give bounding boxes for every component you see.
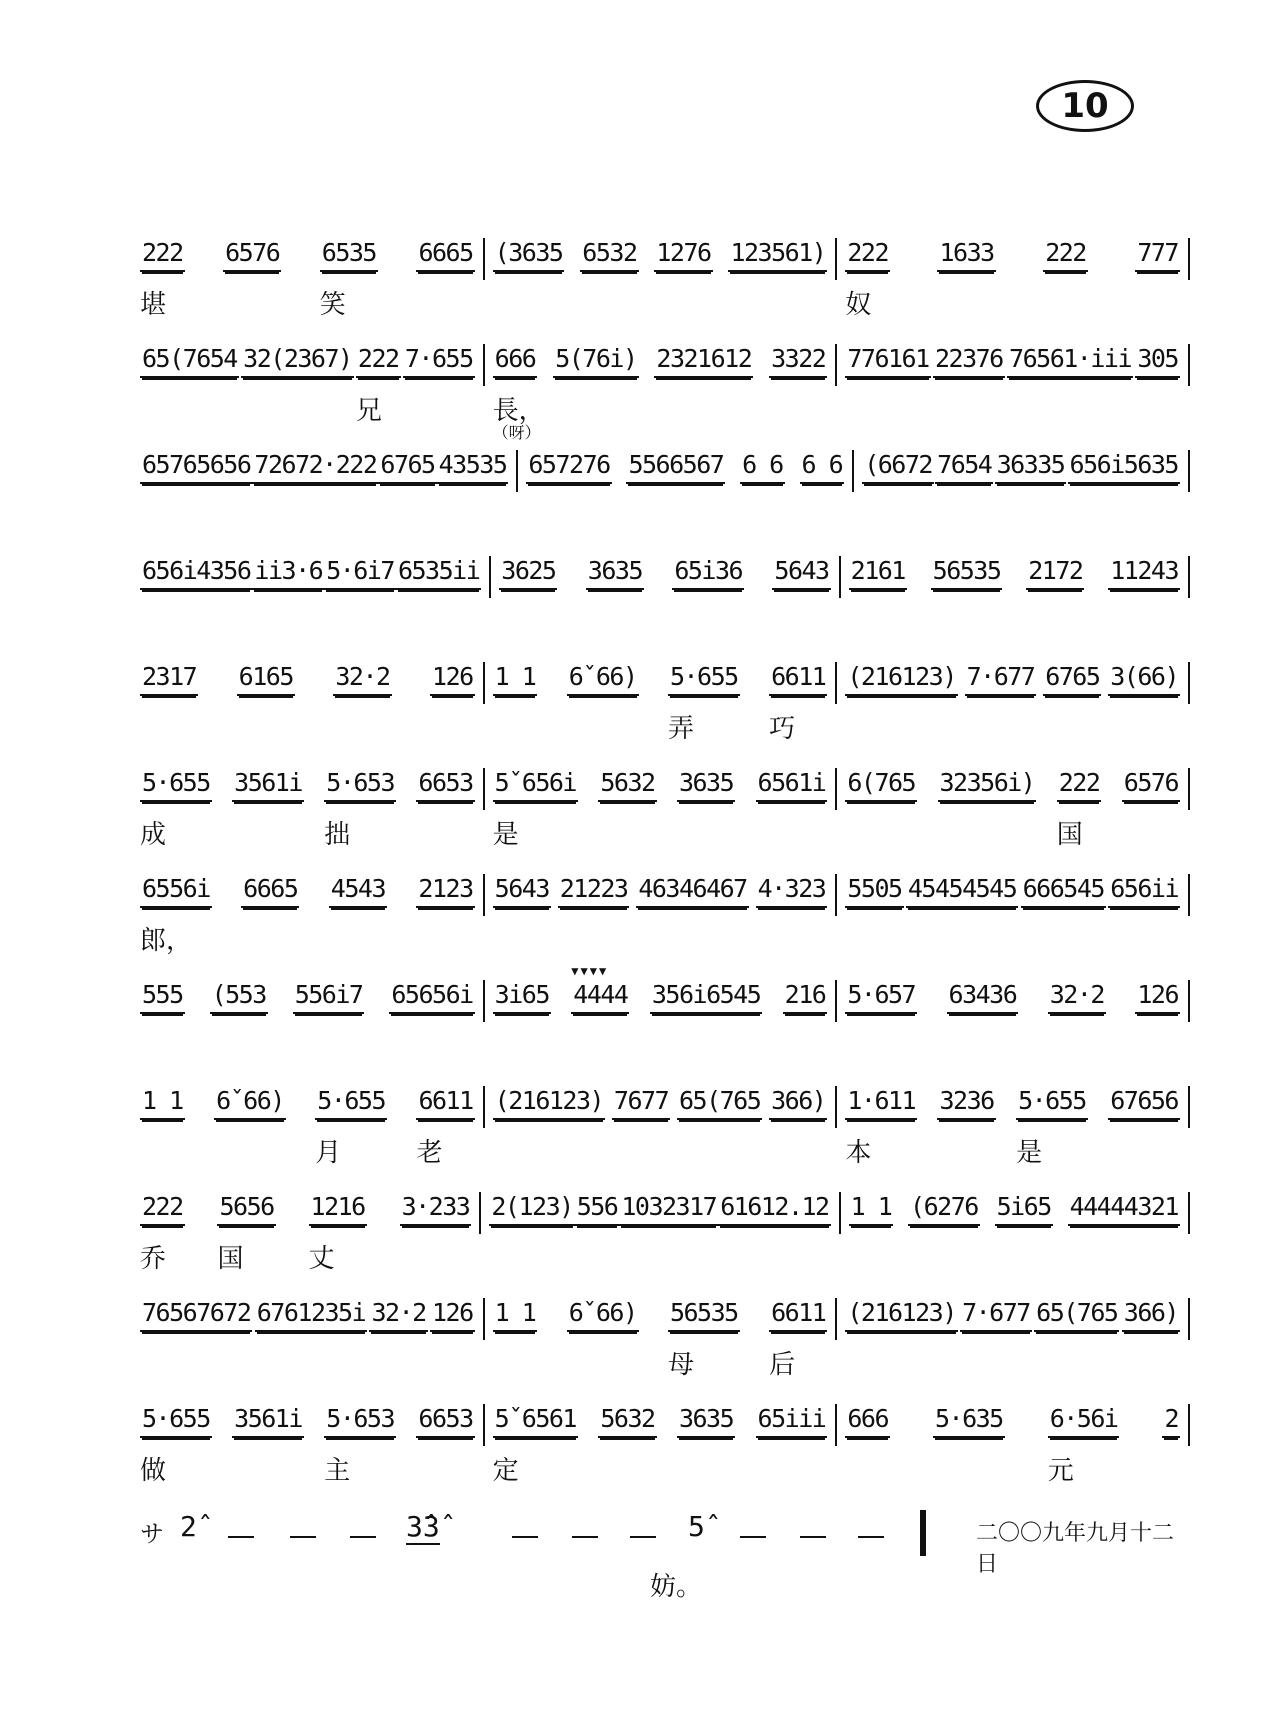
beat-group: 6 6 (800, 450, 845, 484)
lyric-char: 国 (1057, 814, 1083, 851)
beat-group: 222 (140, 1192, 185, 1226)
beat-group: 45454545 (906, 874, 1018, 908)
beat-group: 4444 (571, 980, 629, 1014)
measure: 1 16ˇ66)5·6556611 (140, 1086, 485, 1128)
score-line: 6576565672672·22267654353565727655665676… (140, 450, 1190, 556)
beat-group: 3635 (586, 556, 644, 590)
beat-group: 65iii (756, 1404, 828, 1438)
jianpu-score: 222657665356665(363565321276123561)22216… (140, 238, 1190, 1510)
lyrics-row: 郎， (140, 916, 1190, 956)
hold-dash (512, 1536, 538, 1538)
lyric-char: 丈 (309, 1238, 335, 1275)
beat-group: 2161 (849, 556, 907, 590)
beat-group: 222 (1057, 768, 1102, 802)
notes-row: 5·6553561i5·65366535ˇ656i563236356561i6(… (140, 768, 1190, 810)
notes-row: 6576565672672·22267654353565727655665676… (140, 450, 1190, 492)
lyrics-row (140, 1022, 1190, 1062)
measure: 222565612163·233 (140, 1192, 481, 1234)
beat-group: 6ˇ66) (567, 662, 639, 696)
beat-group: 2 (1162, 1404, 1180, 1438)
beat-group: 65(765 (1034, 1298, 1119, 1332)
lyrics-row: 做主定元 (140, 1446, 1190, 1486)
beat-group: 6532 (580, 238, 638, 272)
lyrics-row: 月老本是 (140, 1128, 1190, 1168)
measure: 6576565672672·222676543535 (140, 450, 518, 492)
beat-group: 5ˇ656i (493, 768, 578, 802)
beat-group: 21223 (558, 874, 630, 908)
final-note-1: 2̂ (180, 1510, 197, 1543)
beat-group: 366) (1122, 1298, 1180, 1332)
page-number-badge: 10 (1036, 80, 1134, 132)
beat-group: 3236 (937, 1086, 995, 1120)
beat-group: 32·2 (333, 662, 391, 696)
beat-group: 5656 (217, 1192, 275, 1226)
notes-row: 765676726761235i32·21261 16ˇ66)565356611… (140, 1298, 1190, 1340)
lyric-char: 奴 (845, 284, 871, 321)
beat-group: 4543 (329, 874, 387, 908)
beat-group: 222 (1043, 238, 1088, 272)
measure: 550545454545666545656ii (837, 874, 1190, 916)
date-signature: 二〇〇九年九月十二日 (976, 1516, 1190, 1578)
measure: 564321223463464674·323 (485, 874, 838, 916)
final-barline (920, 1510, 926, 1556)
beat-group: 556i7 (293, 980, 365, 1014)
score-line: 222565612163·2332(123)556103231761612.12… (140, 1192, 1190, 1298)
beat-group: 222 (845, 238, 890, 272)
score-line: 555(553556i765656i3i654444356i65452165·6… (140, 980, 1190, 1086)
beat-group: 65(7654 (140, 344, 239, 378)
lyric-char: 主 (324, 1450, 350, 1487)
beat-group: 216 (783, 980, 828, 1014)
measure: (216123)7·67765(765366) (837, 1298, 1190, 1340)
beat-group: 32·2 (1048, 980, 1106, 1014)
measure: 6665·6356·56i2 (837, 1404, 1190, 1446)
beat-group: 32356i) (938, 768, 1037, 802)
beat-group: 43535 (437, 450, 509, 484)
beat-group: 666545 (1021, 874, 1106, 908)
beat-group: 36335 (995, 450, 1067, 484)
lyric-char: 国 (217, 1238, 243, 1275)
lyrics-row: 堪笑奴 (140, 280, 1190, 320)
beat-group: 5·653 (324, 1404, 396, 1438)
lyric-char: 弄 (668, 708, 694, 745)
beat-group: 1216 (309, 1192, 367, 1226)
beat-group: 61612.12 (718, 1192, 830, 1226)
beat-group: 5632 (598, 768, 656, 802)
beat-group: 3i65 (493, 980, 551, 1014)
beat-group: 5·635 (933, 1404, 1005, 1438)
beat-group: 5·655 (1016, 1086, 1088, 1120)
notes-row: 656i4356ii3·65·6i76535ii3625363565i36564… (140, 556, 1190, 598)
beat-group: 5505 (845, 874, 903, 908)
measure: 65727655665676 66 6 (518, 450, 854, 492)
beat-group: 76561·iii (1007, 344, 1133, 378)
lyrics-row: 成拙是国 (140, 810, 1190, 850)
beat-group: 2317 (140, 662, 198, 696)
beat-group: 6561i (756, 768, 828, 802)
notes-row: 6556i666545432123564321223463464674·3235… (140, 874, 1190, 916)
notes-row: 222657665356665(363565321276123561)22216… (140, 238, 1190, 280)
beat-group: 67656 (1108, 1086, 1180, 1120)
beat-group: 63436 (947, 980, 1019, 1014)
beat-group: 556 (575, 1192, 620, 1226)
lyric-char: 定 (493, 1450, 519, 1487)
measure: 5·6553561i5·6536653 (140, 768, 485, 810)
measure: 5ˇ656i563236356561i (485, 768, 838, 810)
beat-group: 7·677 (960, 1298, 1032, 1332)
beat-group: ii3·6 (252, 556, 324, 590)
beat-group: 65i36 (672, 556, 744, 590)
measure: 5·6553561i5·6536653 (140, 1404, 485, 1446)
beat-group: 1276 (654, 238, 712, 272)
beat-group: 32·2 (369, 1298, 427, 1332)
beat-group: (216123) (845, 662, 957, 696)
notes-row: 555(553556i765656i3i654444356i65452165·6… (140, 980, 1190, 1022)
beat-group: 5632 (598, 1404, 656, 1438)
beat-group: 2172 (1026, 556, 1084, 590)
measure: 765676726761235i32·2126 (140, 1298, 485, 1340)
lyric-char: 后 (769, 1344, 795, 1381)
lyrics-row (140, 598, 1190, 638)
beat-group: 2123 (416, 874, 474, 908)
score-line: 1 16ˇ66)5·6556611(216123)767765(765366)1… (140, 1086, 1190, 1192)
beat-group: 2(123) (489, 1192, 574, 1226)
beat-group: 3322 (769, 344, 827, 378)
measure: 222657665356665 (140, 238, 485, 280)
notes-row: 65(765432(2367)2227·6556665(76i)23216123… (140, 344, 1190, 386)
beat-group: 46346467 (636, 874, 748, 908)
beat-group: 656i4356 (140, 556, 252, 590)
lyrics-row: 兄長，（呀） (140, 386, 1190, 426)
beat-group: 356i6545 (650, 980, 762, 1014)
beat-group: 5·655 (140, 1404, 212, 1438)
beat-group: 126 (1135, 980, 1180, 1014)
beat-group: 76567672 (140, 1298, 252, 1332)
beat-group: 6576 (223, 238, 281, 272)
beat-group: 7654 (935, 450, 993, 484)
measure: 555(553556i765656i (140, 980, 485, 1022)
beat-group: 7·677 (965, 662, 1037, 696)
measure: 6556i666545432123 (140, 874, 485, 916)
lyric-char: 是 (1016, 1132, 1042, 1169)
beat-group: 555 (140, 980, 185, 1014)
measure: 3i654444356i6545216 (485, 980, 838, 1022)
beat-group: 6ˇ66) (567, 1298, 639, 1332)
beat-group: 776161 (845, 344, 930, 378)
hold-dash (858, 1536, 884, 1538)
final-lyric: 妨。 (650, 1566, 702, 1603)
lyric-char: 成 (140, 814, 166, 851)
score-line: 6556i666545432123564321223463464674·3235… (140, 874, 1190, 980)
measure: 3625363565i365643 (491, 556, 840, 598)
measure: 1·61132365·65567656 (837, 1086, 1190, 1128)
lyric-char: 巧 (769, 708, 795, 745)
beat-group: 22376 (933, 344, 1005, 378)
beat-group: 222 (356, 344, 401, 378)
measure: 2(123)556103231761612.12 (481, 1192, 840, 1234)
beat-group: 6665 (416, 238, 474, 272)
beat-group: 6535 (320, 238, 378, 272)
notes-row: 5·6553561i5·65366535ˇ65615632363565iii66… (140, 1404, 1190, 1446)
beat-group: 5643 (772, 556, 830, 590)
measure: 1 16ˇ66)5·6556611 (485, 662, 838, 704)
beat-group: 366) (769, 1086, 827, 1120)
lyric-char: 堪 (140, 284, 166, 321)
beat-group: 6535ii (396, 556, 481, 590)
lyric-char: 兄 (356, 390, 382, 427)
beat-group: (6276 (908, 1192, 980, 1226)
score-line: 5·6553561i5·65366535ˇ65615632363565iii66… (140, 1404, 1190, 1510)
beat-group: (6672 (862, 450, 934, 484)
beat-group: 6761235i (255, 1298, 367, 1332)
lyric-char: 本 (845, 1132, 871, 1169)
beat-group: 1 1 (493, 1298, 538, 1332)
measure: 1 1(62765i6544444321 (841, 1192, 1190, 1234)
beat-group: 5·657 (845, 980, 917, 1014)
beat-group: 3625 (499, 556, 557, 590)
beat-group: 6653 (416, 768, 474, 802)
lyric-char: 是 (493, 814, 519, 851)
beat-group: 5643 (493, 874, 551, 908)
score-line: 5·6553561i5·65366535ˇ656i563236356561i6(… (140, 768, 1190, 874)
lyric-char: 拙 (324, 814, 350, 851)
beat-group: 222 (140, 238, 185, 272)
beat-group: 6 6 (740, 450, 785, 484)
lyric-char: （呀） (493, 420, 541, 443)
beat-group: 126 (430, 662, 475, 696)
hold-dash (740, 1536, 766, 1538)
beat-group: (216123) (493, 1086, 605, 1120)
beat-group: 5ˇ6561 (493, 1404, 578, 1438)
measure: 2221633222777 (837, 238, 1190, 280)
final-line: サ 2̂ 3̂3̂ 5̂ 妨。 二〇〇九年九月十二日 (140, 1510, 1190, 1610)
measure: (363565321276123561) (485, 238, 838, 280)
lyrics-row: 母后 (140, 1340, 1190, 1380)
beat-group: 6611 (769, 1298, 827, 1332)
beat-group: 2321612 (654, 344, 753, 378)
lyrics-row: 乔国丈 (140, 1234, 1190, 1274)
measure: 216156535217211243 (841, 556, 1190, 598)
notes-row: 2317616532·21261 16ˇ66)5·6556611(216123)… (140, 662, 1190, 704)
beat-group: 3561i (232, 1404, 304, 1438)
beat-group: 3·233 (400, 1192, 472, 1226)
beat-group: 666 (493, 344, 538, 378)
lyric-char: 母 (668, 1344, 694, 1381)
measure: 1 16ˇ66)565356611 (485, 1298, 838, 1340)
measure: 2317616532·2126 (140, 662, 485, 704)
beat-group: 3(66) (1108, 662, 1180, 696)
beat-group: 1633 (937, 238, 995, 272)
measure: 5ˇ65615632363565iii (485, 1404, 838, 1446)
beat-group: 3635 (677, 768, 735, 802)
beat-group: 65765656 (140, 450, 252, 484)
beat-group: 7·655 (403, 344, 475, 378)
lyrics-row: 弄巧 (140, 704, 1190, 744)
free-tempo-mark: サ (140, 1514, 164, 1549)
beat-group: 6576 (1122, 768, 1180, 802)
notes-row: 1 16ˇ66)5·6556611(216123)767765(765366)1… (140, 1086, 1190, 1128)
beat-group: (553 (210, 980, 268, 1014)
beat-group: 44444321 (1068, 1192, 1180, 1226)
score-line: 2317616532·21261 16ˇ66)5·6556611(216123)… (140, 662, 1190, 768)
beat-group: 777 (1135, 238, 1180, 272)
measure: 6665(76i)23216123322 (485, 344, 838, 386)
beat-group: 123561) (728, 238, 827, 272)
beat-group: 56535 (668, 1298, 740, 1332)
beat-group: 6765 (378, 450, 436, 484)
beat-group: 1 1 (849, 1192, 894, 1226)
beat-group: (3635 (493, 238, 565, 272)
hold-dash (572, 1536, 598, 1538)
measure: (216123)767765(765366) (485, 1086, 838, 1128)
measure: (216123)7·67767653(66) (837, 662, 1190, 704)
beat-group: (216123) (845, 1298, 957, 1332)
hold-dash (350, 1536, 376, 1538)
lyric-char: 乔 (140, 1238, 166, 1275)
beat-group: 5(76i) (553, 344, 638, 378)
measure: (6672765436335656i5635 (854, 450, 1190, 492)
score-line: 65(765432(2367)2227·6556665(76i)23216123… (140, 344, 1190, 450)
measure: 7761612237676561·iii305 (837, 344, 1190, 386)
beat-group: 5·653 (324, 768, 396, 802)
beat-group: 1032317 (619, 1192, 718, 1226)
final-note-2: 3̂3̂ (406, 1510, 440, 1545)
beat-group: 3561i (232, 768, 304, 802)
beat-group: 6611 (416, 1086, 474, 1120)
beat-group: 6556i (140, 874, 212, 908)
beat-group: 5i65 (995, 1192, 1053, 1226)
beat-group: 6653 (416, 1404, 474, 1438)
beat-group: 657276 (526, 450, 611, 484)
score-line: 222657665356665(363565321276123561)22216… (140, 238, 1190, 344)
beat-group: 5·655 (315, 1086, 387, 1120)
beat-group: 656ii (1108, 874, 1180, 908)
beat-group: 7677 (612, 1086, 670, 1120)
hold-dash (228, 1536, 254, 1538)
beat-group: 56535 (931, 556, 1003, 590)
accent-marks: ▼▼▼▼ (571, 964, 608, 978)
beat-group: 6·56i (1048, 1404, 1120, 1438)
beat-group: 5·6i7 (324, 556, 396, 590)
measure: 656i4356ii3·65·6i76535ii (140, 556, 491, 598)
beat-group: 1 1 (493, 662, 538, 696)
beat-group: 65656i (389, 980, 474, 1014)
beat-group: 5·655 (668, 662, 740, 696)
hold-dash (630, 1536, 656, 1538)
beat-group: 32(2367) (241, 344, 353, 378)
measure: 65(765432(2367)2227·655 (140, 344, 485, 386)
beat-group: 6611 (769, 662, 827, 696)
notes-row: 222565612163·2332(123)556103231761612.12… (140, 1192, 1190, 1234)
hold-dash (800, 1536, 826, 1538)
lyric-char: 元 (1048, 1450, 1074, 1487)
lyric-char: 老 (416, 1132, 442, 1169)
score-line: 765676726761235i32·21261 16ˇ66)565356611… (140, 1298, 1190, 1404)
measure: 6(76532356i)2226576 (837, 768, 1190, 810)
score-line: 656i4356ii3·65·6i76535ii3625363565i36564… (140, 556, 1190, 662)
page-number: 10 (1061, 86, 1108, 126)
beat-group: 4·323 (756, 874, 828, 908)
beat-group: 6665 (241, 874, 299, 908)
beat-group: 5·655 (140, 768, 212, 802)
lyric-char: 笑 (320, 284, 346, 321)
beat-group: 656i5635 (1068, 450, 1180, 484)
measure: 5·6576343632·2126 (837, 980, 1190, 1022)
final-note-3: 5̂ (688, 1510, 705, 1543)
beat-group: 666 (845, 1404, 890, 1438)
beat-group: 6165 (237, 662, 295, 696)
beat-group: 11243 (1108, 556, 1180, 590)
beat-group: 6765 (1043, 662, 1101, 696)
beat-group: 5566567 (626, 450, 725, 484)
beat-group: 6ˇ66) (214, 1086, 286, 1120)
beat-group: 126 (430, 1298, 475, 1332)
hold-dash (290, 1536, 316, 1538)
beat-group: 1 1 (140, 1086, 185, 1120)
lyrics-row (140, 492, 1190, 532)
beat-group: 72672·222 (252, 450, 378, 484)
beat-group: 65(765 (677, 1086, 762, 1120)
lyric-char: 做 (140, 1450, 166, 1487)
beat-group: 1·611 (845, 1086, 917, 1120)
lyric-char: 月 (315, 1132, 341, 1169)
beat-group: 3635 (677, 1404, 735, 1438)
beat-group: 305 (1135, 344, 1180, 378)
lyric-char: 郎， (140, 920, 192, 957)
beat-group: 6(765 (845, 768, 917, 802)
